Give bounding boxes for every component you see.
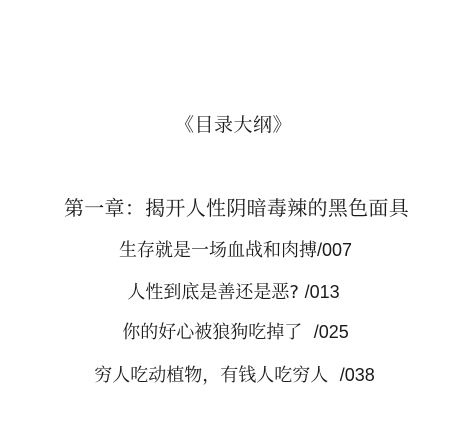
- toc-entry: 生存就是一场血战和肉搏/007: [2, 241, 467, 260]
- toc-entry: 穷人吃动植物，有钱人吃穷人 /038: [1, 366, 467, 385]
- toc-entry-text: 你的好心被狼狗吃掉了: [122, 322, 313, 343]
- toc-entry-page: /013: [305, 282, 340, 302]
- toc-entry-page: /038: [340, 365, 375, 385]
- toc-entry-text: 生存就是一场血战和肉搏: [119, 240, 317, 261]
- chapter-heading: 第一章：揭开人性阴暗毒辣的黑色面具: [3, 198, 467, 218]
- toc-entry-page: /007: [317, 240, 352, 260]
- toc-title: 《目录大纲》: [0, 116, 467, 135]
- toc-entry-text: 人性到底是善还是恶?: [127, 282, 304, 303]
- toc-entry: 人性到底是善还是恶? /013: [0, 283, 467, 302]
- toc-entry: 你的好心被狼狗吃掉了 /025: [2, 323, 467, 342]
- toc-entry-text: 穷人吃动植物，有钱人吃穷人: [94, 365, 339, 386]
- toc-entry-page: /025: [314, 322, 349, 342]
